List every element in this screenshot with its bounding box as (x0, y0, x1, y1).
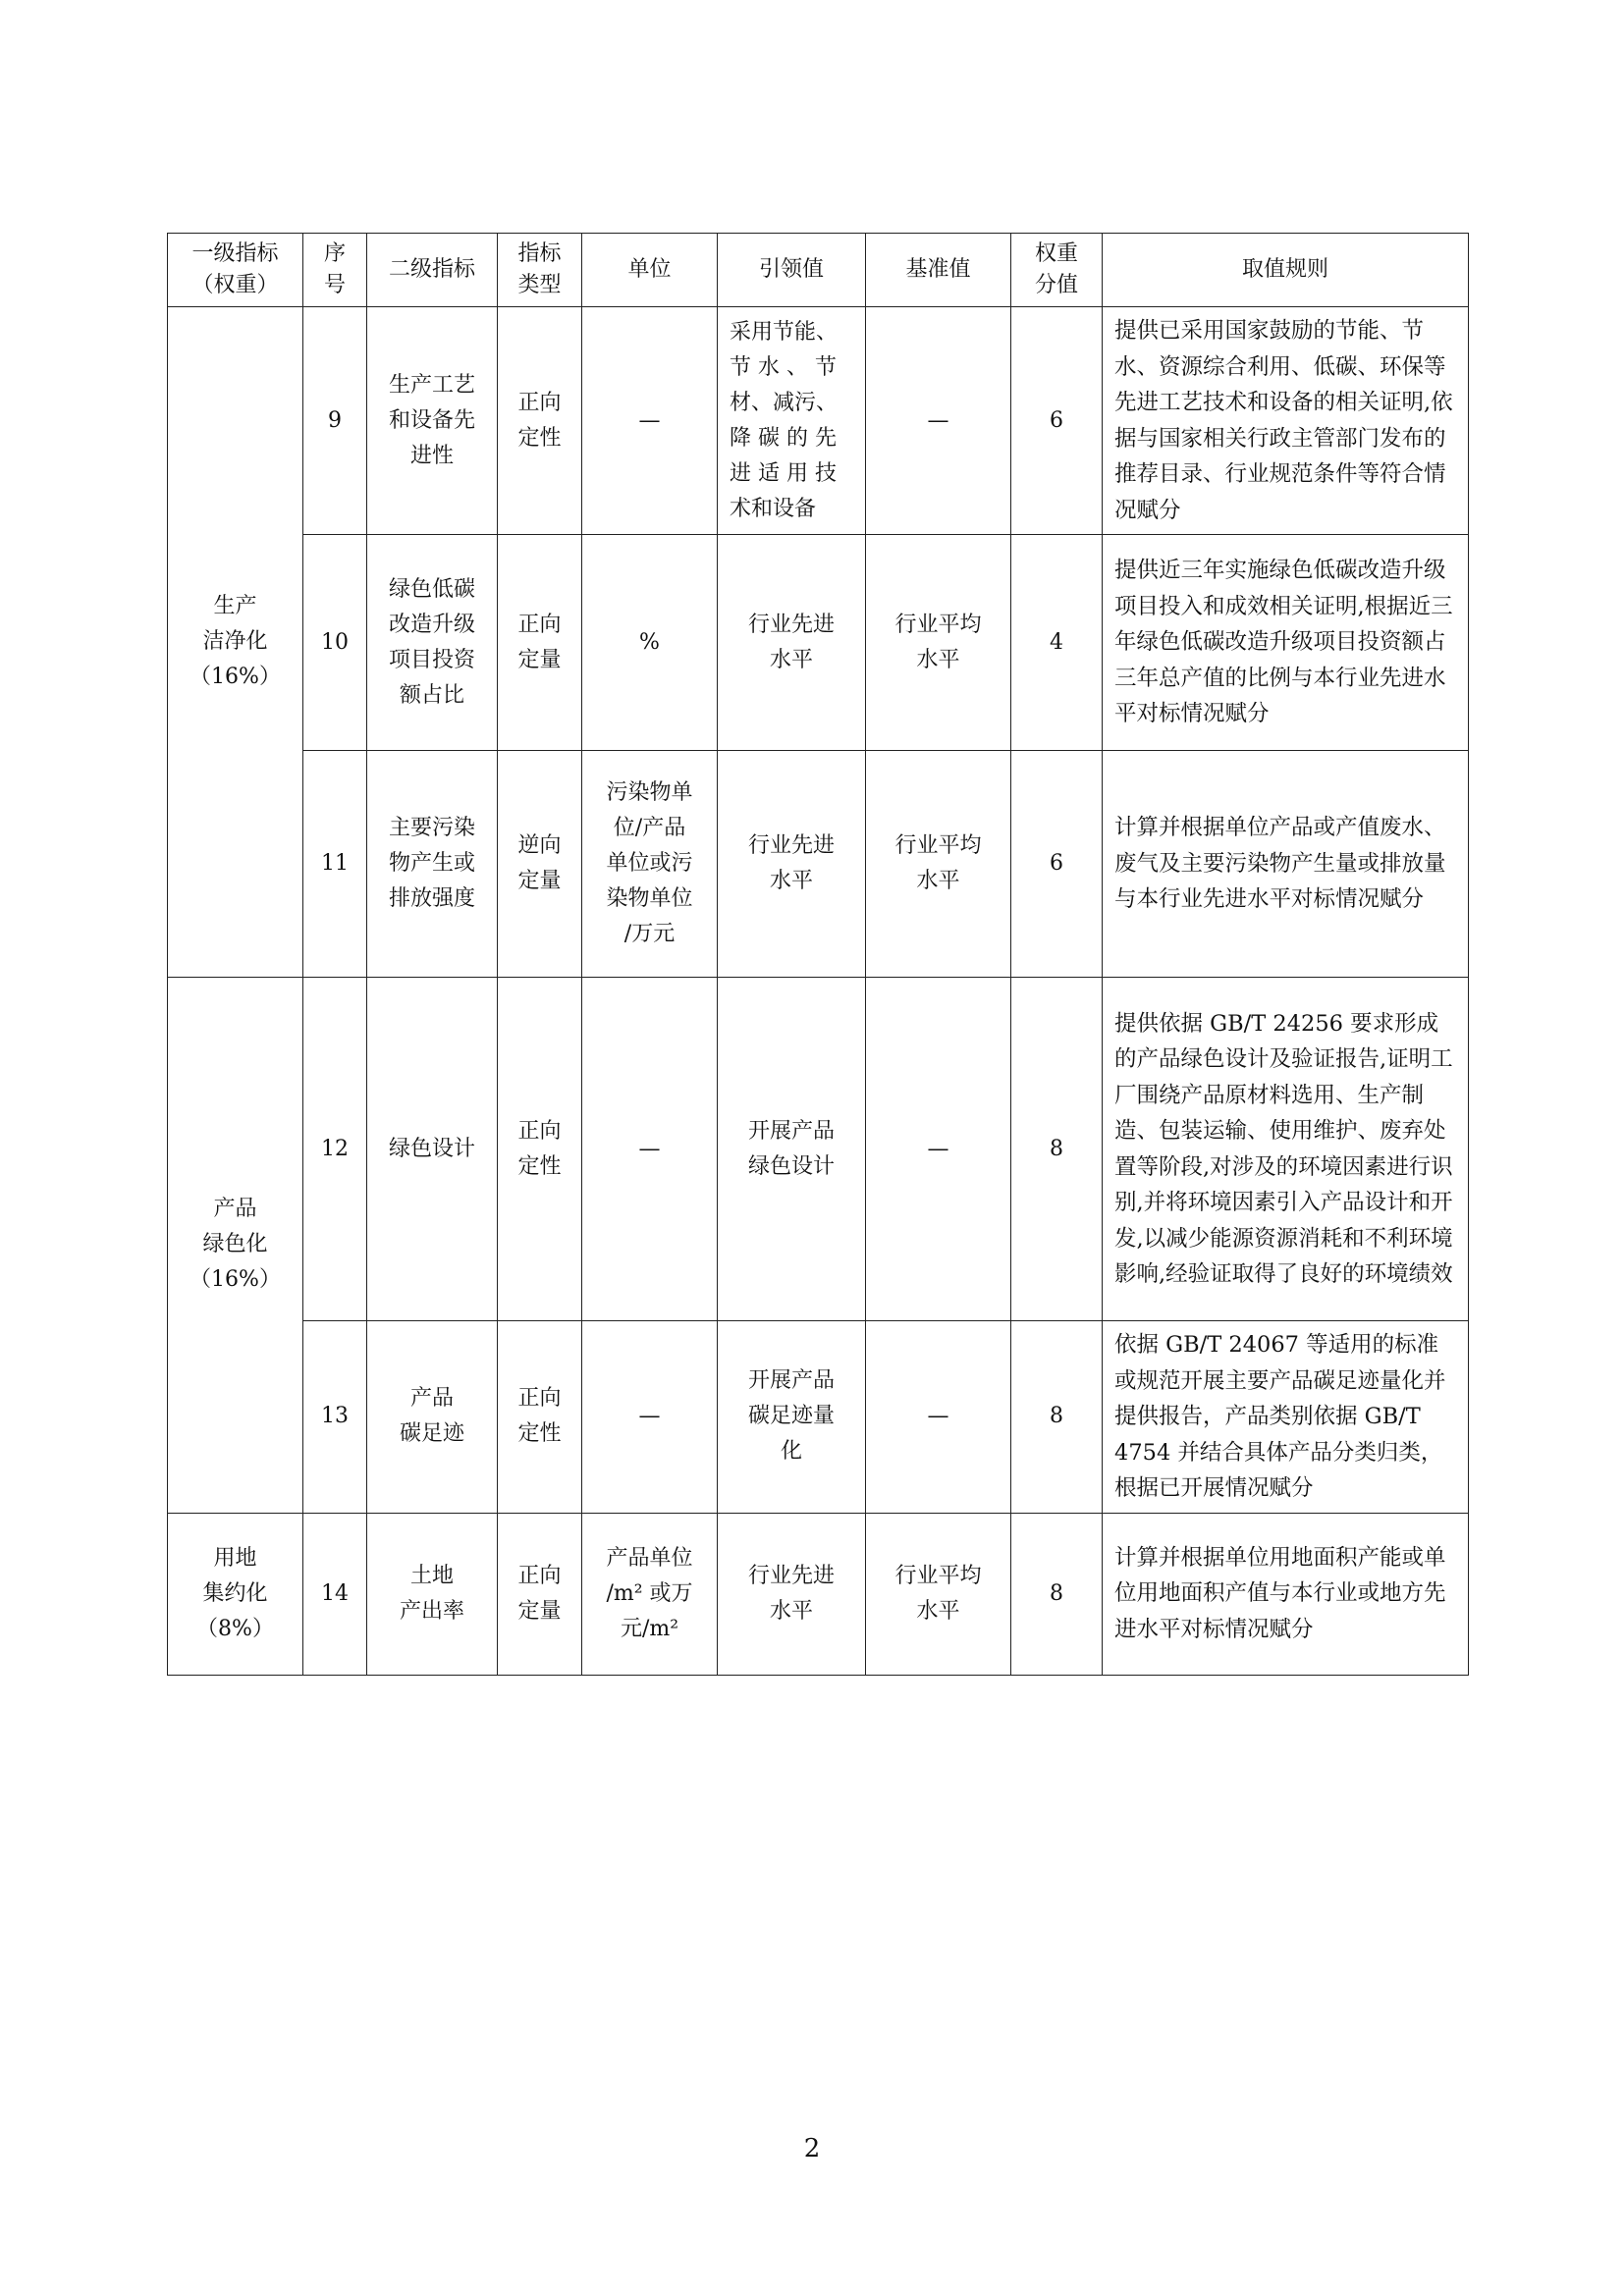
row-score: 8 (1011, 1513, 1103, 1675)
row-base: 行业平均 水平 (866, 1513, 1011, 1675)
row-base: — (866, 307, 1011, 535)
row-type: 正向 定量 (498, 1513, 582, 1675)
header-score: 权重 分值 (1011, 234, 1103, 307)
header-row: 一级指标 （权重） 序 号 二级指标 指标 类型 单位 引领值 基准值 权重 分… (168, 234, 1469, 307)
row-score: 8 (1011, 1321, 1103, 1514)
row-base: 行业平均 水平 (866, 535, 1011, 751)
row-no: 9 (303, 307, 367, 535)
table-row: 11 主要污染 物产生或 排放强度 逆向 定量 污染物单 位/产品 单位或污 染… (168, 751, 1469, 978)
header-level2: 二级指标 (367, 234, 498, 307)
row-lead: 行业先进 水平 (718, 535, 866, 751)
row-no: 13 (303, 1321, 367, 1514)
row-type: 正向 定性 (498, 978, 582, 1321)
row-unit: 污染物单 位/产品 单位或污 染物单位 /万元 (582, 751, 718, 978)
row-score: 4 (1011, 535, 1103, 751)
table-row: 13 产品 碳足迹 正向 定性 — 开展产品 碳足迹量 化 — 8 依据 GB/… (168, 1321, 1469, 1514)
header-rule: 取值规则 (1103, 234, 1469, 307)
row-lead: 开展产品 碳足迹量 化 (718, 1321, 866, 1514)
indicator-table: 一级指标 （权重） 序 号 二级指标 指标 类型 单位 引领值 基准值 权重 分… (167, 233, 1469, 1676)
row-type: 正向 定性 (498, 307, 582, 535)
row-lead: 采用节能、 节 水 、 节 材、减污、 降 碳 的 先 进 适 用 技 术和设备 (718, 307, 866, 535)
row-lead: 开展产品 绿色设计 (718, 978, 866, 1321)
header-unit: 单位 (582, 234, 718, 307)
header-base: 基准值 (866, 234, 1011, 307)
row-score: 6 (1011, 307, 1103, 535)
row-indicator: 主要污染 物产生或 排放强度 (367, 751, 498, 978)
table-row: 10 绿色低碳 改造升级 项目投资 额占比 正向 定量 % 行业先进 水平 行业… (168, 535, 1469, 751)
page-number: 2 (0, 2134, 1624, 2163)
row-indicator: 绿色设计 (367, 978, 498, 1321)
table-row: 生产 洁净化 （16%） 9 生产工艺 和设备先 进性 正向 定性 — 采用节能… (168, 307, 1469, 535)
row-base: 行业平均 水平 (866, 751, 1011, 978)
group-cell: 用地 集约化 （8%） (168, 1513, 303, 1675)
row-rule: 提供依据 GB/T 24256 要求形成的产品绿色设计及验证报告,证明工厂围绕产… (1103, 978, 1469, 1321)
row-rule: 依据 GB/T 24067 等适用的标准或规范开展主要产品碳足迹量化并提供报告，… (1103, 1321, 1469, 1514)
row-rule: 提供近三年实施绿色低碳改造升级项目投入和成效相关证明,根据近三年绿色低碳改造升级… (1103, 535, 1469, 751)
row-lead: 行业先进 水平 (718, 751, 866, 978)
row-unit: — (582, 978, 718, 1321)
row-unit: 产品单位 /m² 或万 元/m² (582, 1513, 718, 1675)
row-score: 8 (1011, 978, 1103, 1321)
group-cell: 生产 洁净化 （16%） (168, 307, 303, 978)
row-indicator: 土地 产出率 (367, 1513, 498, 1675)
row-no: 12 (303, 978, 367, 1321)
row-indicator: 生产工艺 和设备先 进性 (367, 307, 498, 535)
group-cell: 产品 绿色化 （16%） (168, 978, 303, 1514)
row-no: 11 (303, 751, 367, 978)
row-type: 正向 定性 (498, 1321, 582, 1514)
header-lead: 引领值 (718, 234, 866, 307)
row-unit: — (582, 307, 718, 535)
row-indicator: 产品 碳足迹 (367, 1321, 498, 1514)
header-no: 序 号 (303, 234, 367, 307)
row-rule: 计算并根据单位产品或产值废水、废气及主要污染物产生量或排放量与本行业先进水平对标… (1103, 751, 1469, 978)
row-base: — (866, 978, 1011, 1321)
row-rule: 计算并根据单位用地面积产能或单位用地面积产值与本行业或地方先进水平对标情况赋分 (1103, 1513, 1469, 1675)
row-no: 10 (303, 535, 367, 751)
row-lead: 行业先进 水平 (718, 1513, 866, 1675)
row-rule: 提供已采用国家鼓励的节能、节水、资源综合利用、低碳、环保等先进工艺技术和设备的相… (1103, 307, 1469, 535)
row-no: 14 (303, 1513, 367, 1675)
header-type: 指标 类型 (498, 234, 582, 307)
row-type: 正向 定量 (498, 535, 582, 751)
row-unit: % (582, 535, 718, 751)
table-row: 产品 绿色化 （16%） 12 绿色设计 正向 定性 — 开展产品 绿色设计 —… (168, 978, 1469, 1321)
row-type: 逆向 定量 (498, 751, 582, 978)
row-base: — (866, 1321, 1011, 1514)
row-score: 6 (1011, 751, 1103, 978)
row-unit: — (582, 1321, 718, 1514)
table-row: 用地 集约化 （8%） 14 土地 产出率 正向 定量 产品单位 /m² 或万 … (168, 1513, 1469, 1675)
header-level1: 一级指标 （权重） (168, 234, 303, 307)
row-indicator: 绿色低碳 改造升级 项目投资 额占比 (367, 535, 498, 751)
